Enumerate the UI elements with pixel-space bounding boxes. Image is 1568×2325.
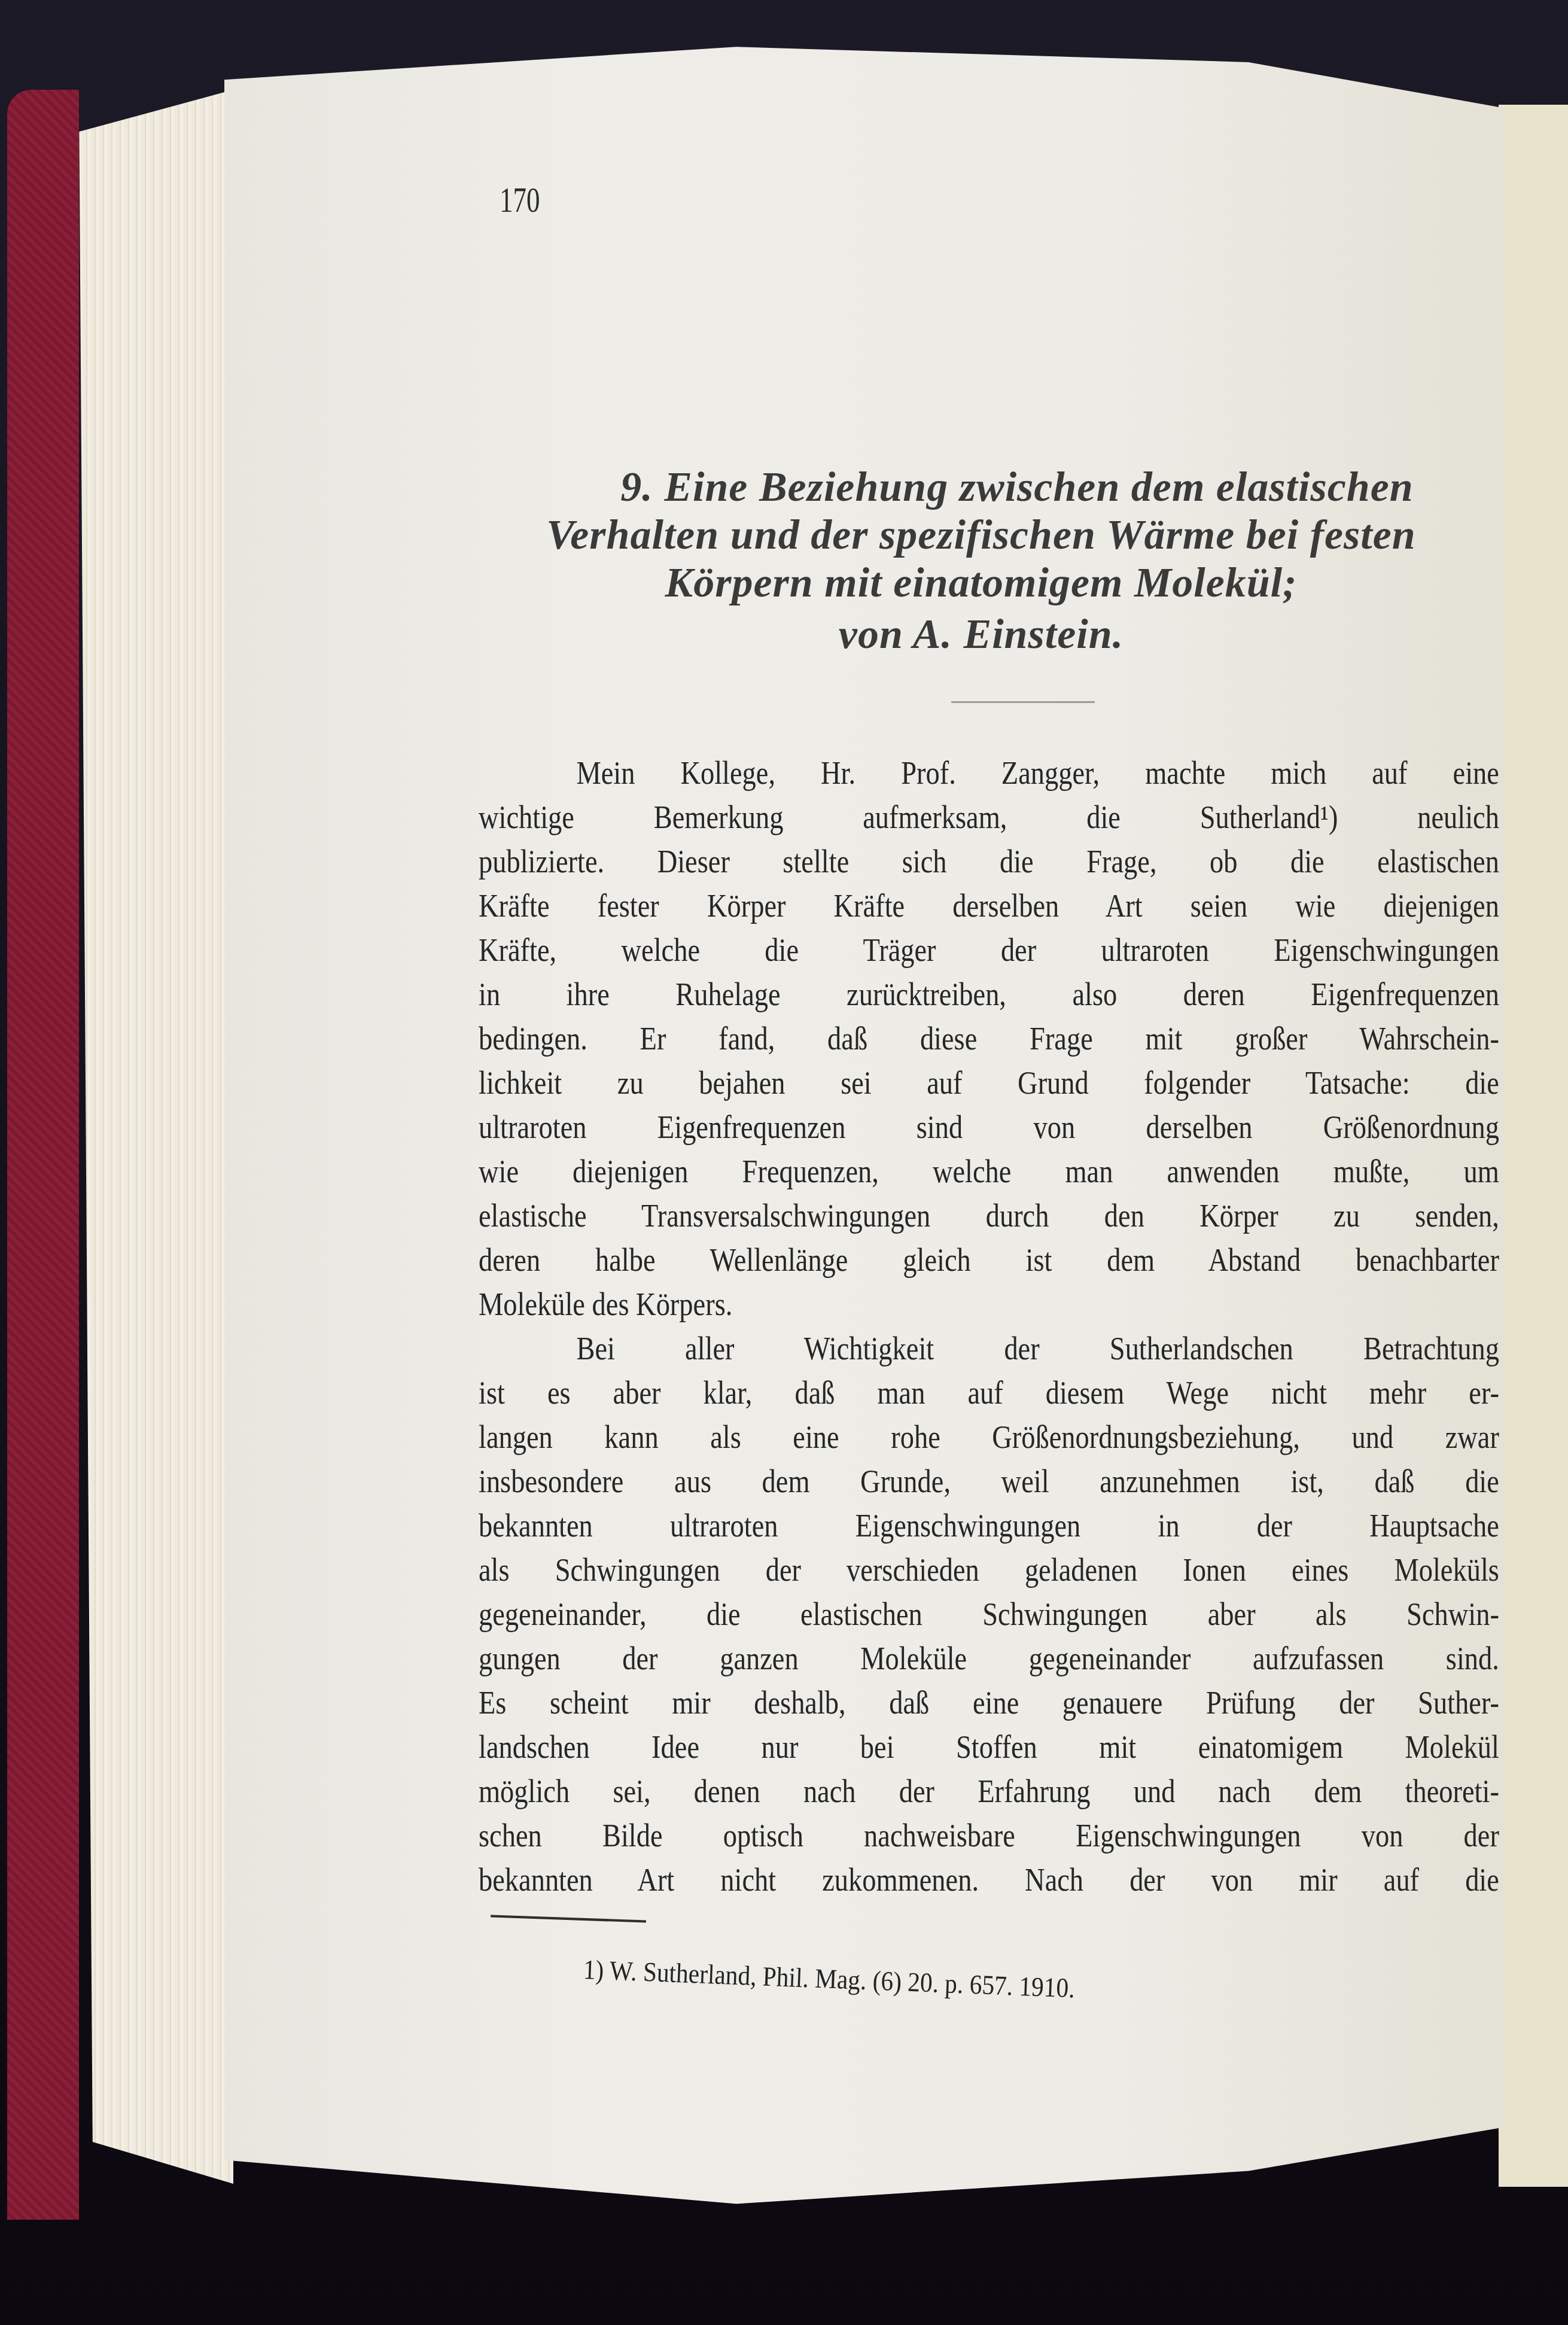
text-line: schen Bilde optisch nachweisbare Eigensc…: [479, 1813, 1499, 1858]
text-line: Moleküle des Körpers.: [479, 1282, 1499, 1326]
text-line: möglich sei, denen nach der Erfahrung un…: [479, 1769, 1499, 1813]
text-line: ultraroten Eigenfrequenzen sind von ders…: [479, 1105, 1499, 1149]
text-line: elastische Transversalschwingungen durch…: [479, 1194, 1499, 1238]
body-text: Mein Kollege, Hr. Prof. Zangger, machte …: [479, 751, 1502, 1902]
text-line: publizierte. Dieser stellte sich die Fra…: [479, 839, 1499, 884]
text-line: landschen Idee nur bei Stoffen mit einat…: [479, 1725, 1499, 1769]
title-line: Verhalten und der spezifischen Wärme bei…: [455, 512, 1508, 559]
page-edge-stack: [66, 90, 233, 2184]
text-line: Mein Kollege, Hr. Prof. Zangger, machte …: [479, 751, 1499, 795]
title-divider: [951, 701, 1095, 703]
text-line: gungen der ganzen Moleküle gegeneinander…: [479, 1636, 1499, 1681]
page-number: 170: [500, 179, 540, 221]
title-author-line: von A. Einstein.: [455, 611, 1508, 659]
text-line: insbesondere aus dem Grunde, weil anzune…: [479, 1459, 1499, 1504]
text-line: bedingen. Er fand, daß diese Frage mit g…: [479, 1017, 1499, 1061]
text-line: gegeneinander, die elastischen Schwingun…: [479, 1592, 1499, 1636]
text-line: Kräfte, welche die Träger der ultraroten…: [479, 928, 1499, 972]
text-line: bekannten Art nicht zukommenen. Nach der…: [479, 1858, 1499, 1902]
article-title: 9. Eine Beziehung zwischen dem elastisch…: [455, 464, 1508, 659]
text-line: Es scheint mir deshalb, daß eine genauer…: [479, 1681, 1499, 1725]
text-line: deren halbe Wellenlänge gleich ist dem A…: [479, 1238, 1499, 1282]
title-line: Körpern mit einatomigem Molekül;: [455, 559, 1508, 607]
text-line: in ihre Ruhelage zurücktreiben, also der…: [479, 972, 1499, 1017]
text-line: Bei aller Wichtigkeit der Sutherlandsche…: [479, 1326, 1499, 1371]
title-line: 9. Eine Beziehung zwischen dem elastisch…: [491, 464, 1543, 512]
text-line: bekannten ultraroten Eigenschwingungen i…: [479, 1504, 1499, 1548]
text-line: langen kann als eine rohe Größenordnungs…: [479, 1415, 1499, 1459]
text-line: wichtige Bemerkung aufmerksam, die Suthe…: [479, 795, 1499, 839]
next-page-edge: [1499, 105, 1568, 2187]
text-line: lichkeit zu bejahen sei auf Grund folgen…: [479, 1061, 1499, 1105]
paragraph: Bei aller Wichtigkeit der Sutherlandsche…: [479, 1326, 1502, 1902]
text-line: als Schwingungen der verschieden geladen…: [479, 1548, 1499, 1592]
text-line: Kräfte fester Körper Kräfte derselben Ar…: [479, 884, 1499, 928]
red-cloth-binding: [7, 90, 79, 2220]
text-line: wie diejenigen Frequenzen, welche man an…: [479, 1149, 1499, 1194]
text-line: ist es aber klar, daß man auf diesem Weg…: [479, 1371, 1499, 1415]
paragraph: Mein Kollege, Hr. Prof. Zangger, machte …: [479, 751, 1502, 1326]
